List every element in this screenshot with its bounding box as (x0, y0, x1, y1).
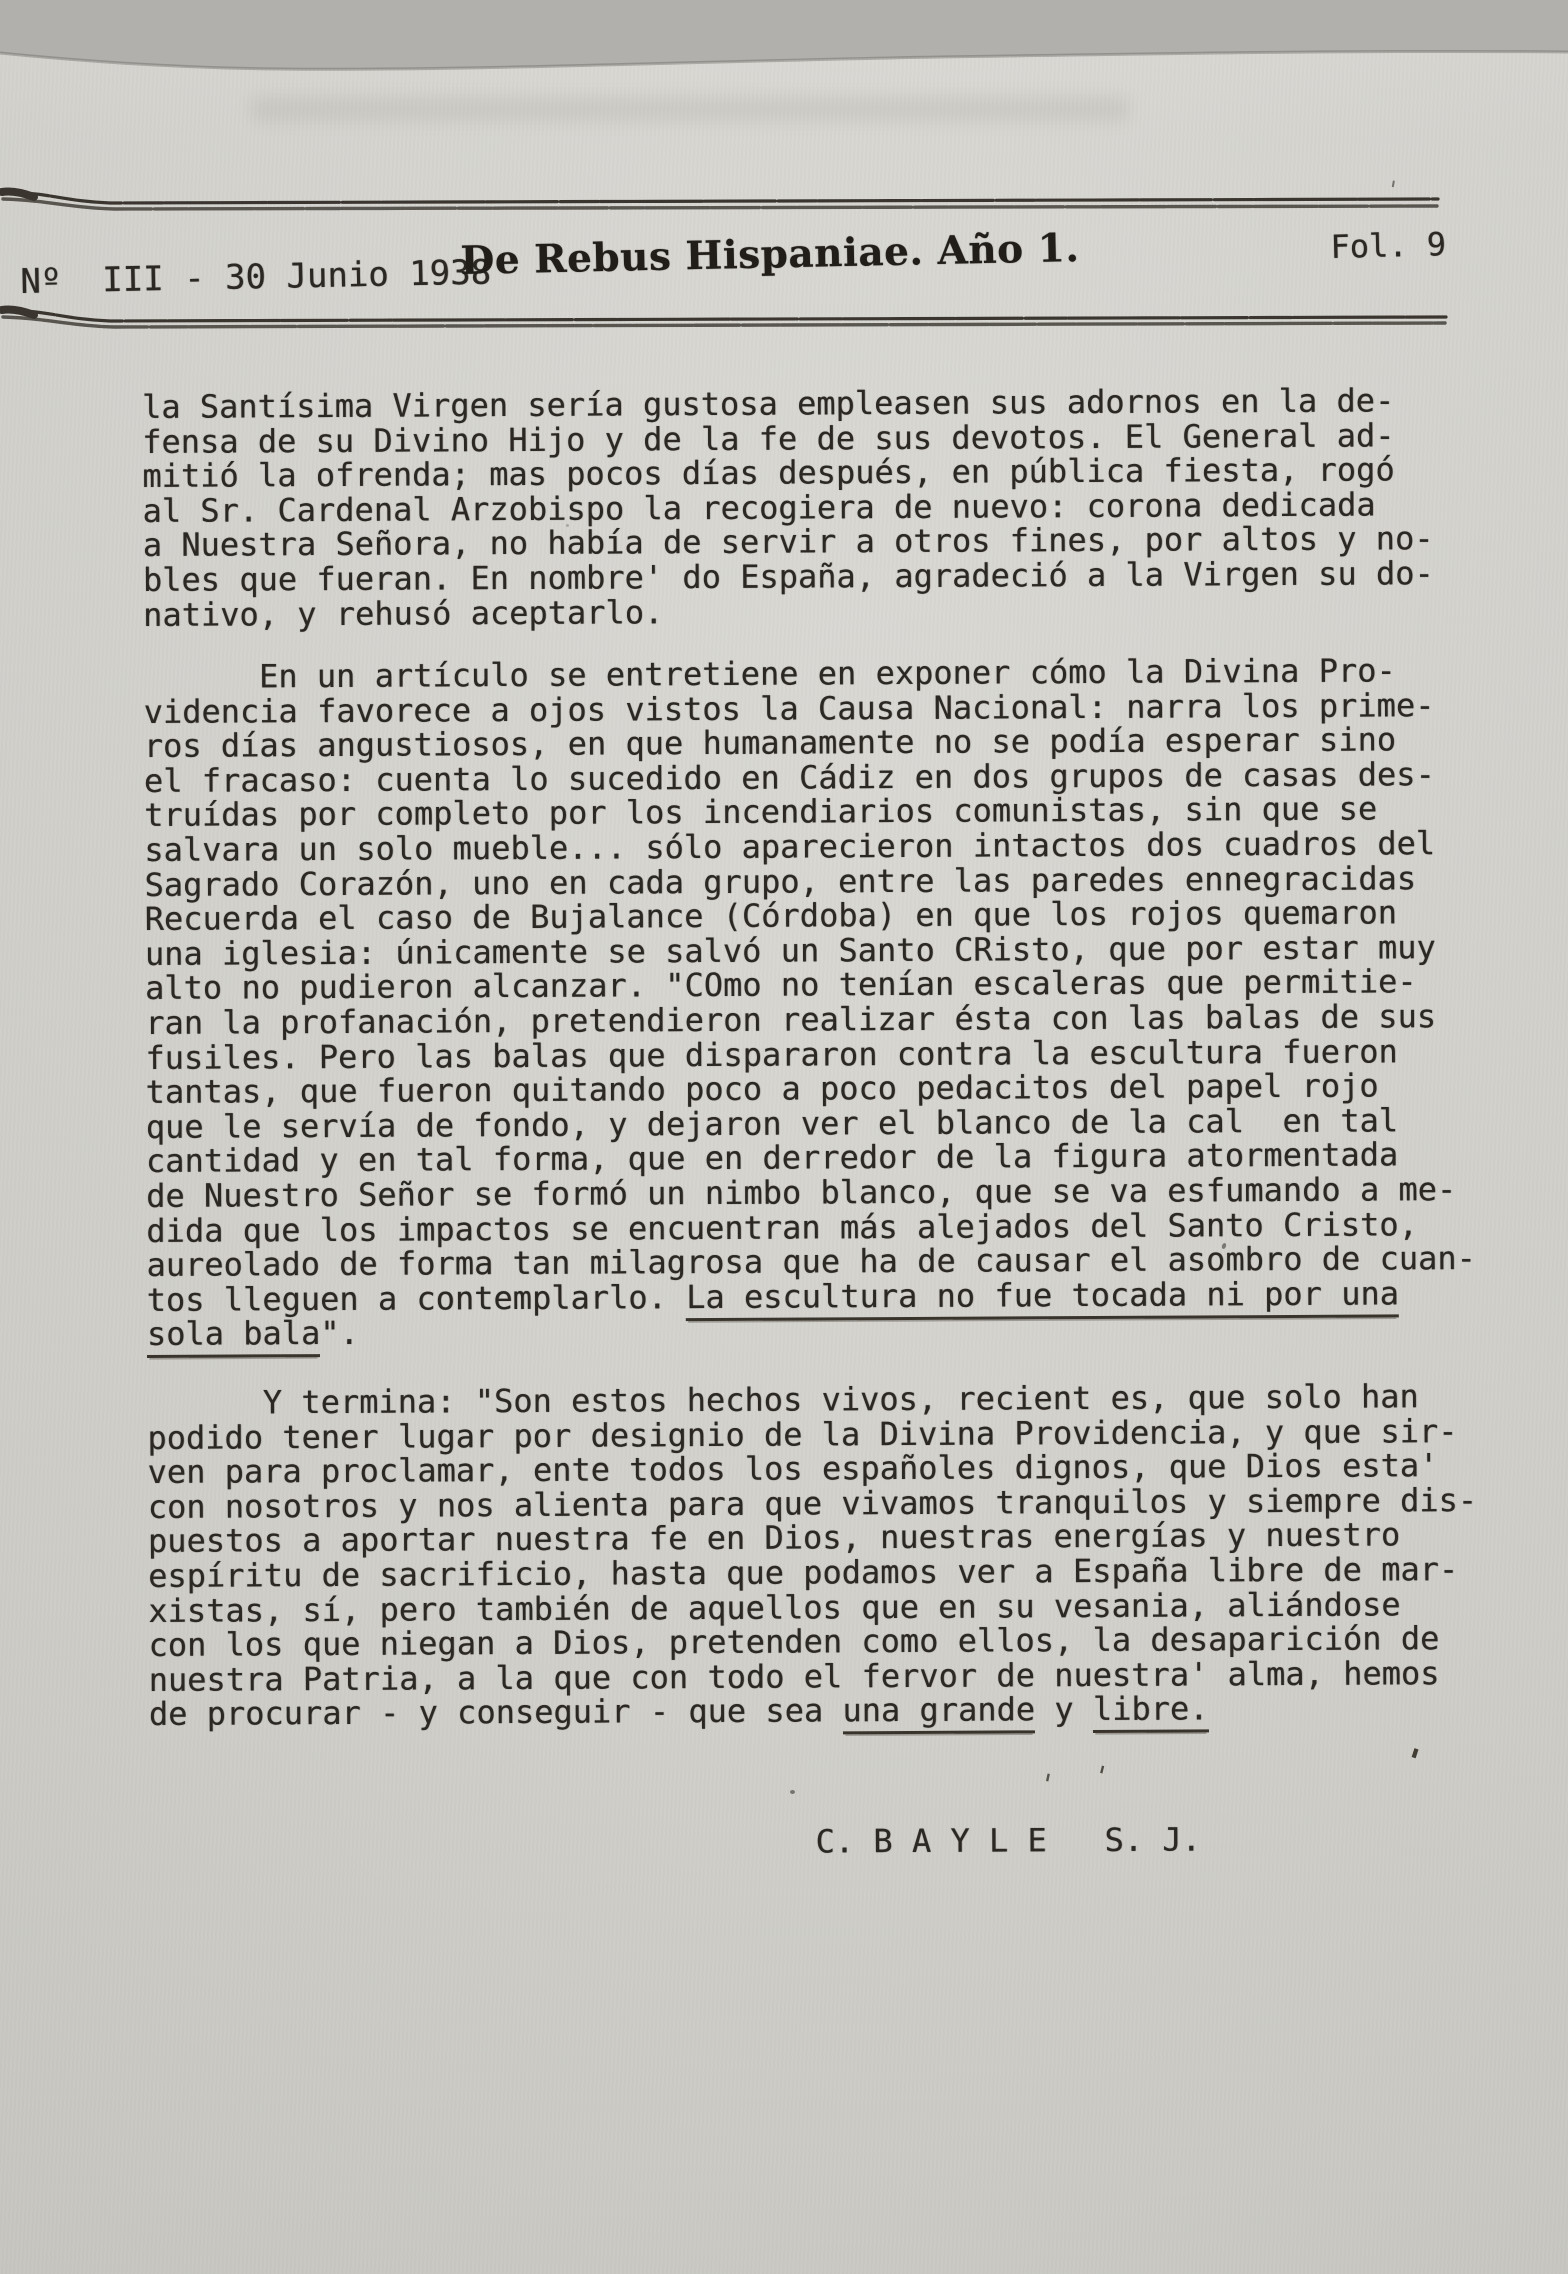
paragraph-3: Y termina: "Son estos hechos vivos, reci… (147, 1379, 1478, 1732)
body-text-block: la Santísima Virgen sería gustosa emplea… (0, 0, 1568, 2274)
ink-speck (566, 524, 569, 527)
text-line: bles que fueran. En nombre' do España, a… (143, 556, 1434, 597)
author-signature: C. B A Y L E S. J. (815, 1820, 1201, 1860)
scanned-page: Nº III - 30 Junio 1938 De Rebus Hispania… (0, 0, 1568, 2274)
paragraph-1: la Santísima Virgen sería gustosa emplea… (142, 383, 1434, 632)
paragraph-2: En un artículo se entretiene en exponer … (143, 653, 1476, 1352)
text-line: nativo, y rehusó aceptarlo. (143, 591, 1434, 632)
ink-speck (790, 1790, 795, 1794)
underlined-text: sola bala (147, 1314, 321, 1358)
underlined-text: una grande (842, 1691, 1035, 1735)
underlined-text: La escultura no fue tocada ni por una (686, 1274, 1399, 1321)
text-line: de procurar - y conseguir - que sea una … (149, 1690, 1478, 1732)
text-line: tos lleguen a contemplarlo. La escultura… (147, 1276, 1476, 1318)
underlined-text: libre. (1093, 1690, 1209, 1734)
